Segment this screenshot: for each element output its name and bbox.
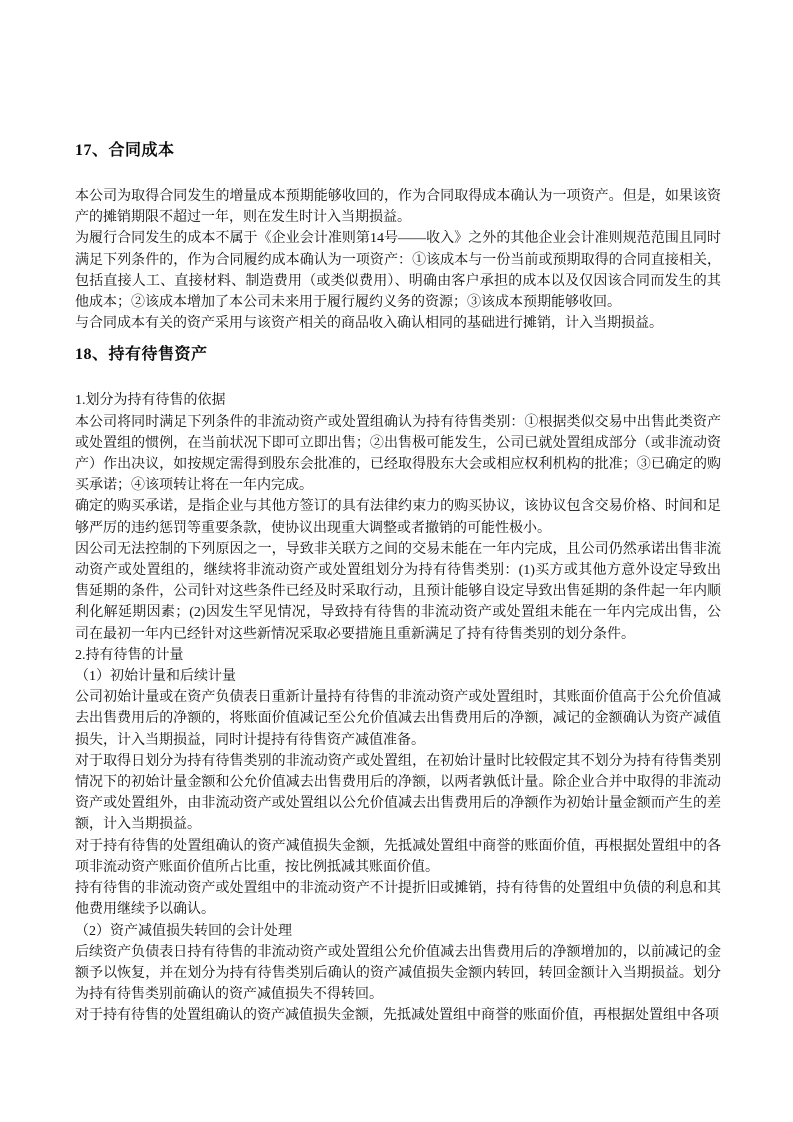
paragraph: 因公司无法控制的下列原因之一，导致非关联方之间的交易未能在一年内完成，且公司仍然… xyxy=(75,539,721,645)
document-page: 17、合同成本 本公司为取得合同发生的增量成本预期能够收回的，作为合同取得成本确… xyxy=(0,0,793,1122)
paragraph: 对于持有待售的处置组确认的资产减值损失金额，先抵减处置组中商誉的账面价值，再根据… xyxy=(75,836,721,878)
paragraph: 后续资产负债表日持有待售的非流动资产或处置组公允价值减去出售费用后的净额增加的，… xyxy=(75,942,721,1006)
paragraph: 为履行合同发生的成本不属于《企业会计准则第14号——收入》之外的其他企业会计准则… xyxy=(75,228,721,313)
section-assets-held-for-sale: 18、持有待售资产 1.划分为持有待售的依据 本公司将同时满足下列条件的非流动资… xyxy=(75,344,721,1026)
section-17-heading: 17、合同成本 xyxy=(75,140,721,162)
paragraph: 与合同成本有关的资产采用与该资产相关的商品收入确认相同的基础进行摊销，计入当期损… xyxy=(75,313,721,334)
subheading-impairment-reversal: （2）资产减值损失转回的会计处理 xyxy=(75,921,721,942)
paragraph: 确定的购买承诺，是指企业与其他方签订的具有法律约束力的购买协议，该协议包含交易价… xyxy=(75,496,721,538)
paragraph: 对于持有待售的处置组确认的资产减值损失金额，先抵减处置组中商誉的账面价值，再根据… xyxy=(75,1005,721,1026)
paragraph: 持有待售的非流动资产或处置组中的非流动资产不计提折旧或摊销，持有待售的处置组中负… xyxy=(75,878,721,920)
subheading-classification-basis: 1.划分为持有待售的依据 xyxy=(75,390,721,411)
subheading-measurement: 2.持有待售的计量 xyxy=(75,645,721,666)
paragraph: 本公司为取得合同发生的增量成本预期能够收回的，作为合同取得成本确认为一项资产。但… xyxy=(75,186,721,228)
paragraph: 本公司将同时满足下列条件的非流动资产或处置组确认为持有待售类别：①根据类似交易中… xyxy=(75,412,721,497)
section-18-heading: 18、持有待售资产 xyxy=(75,344,721,366)
paragraph: 对于取得日划分为持有待售类别的非流动资产或处置组，在初始计量时比较假定其不划分为… xyxy=(75,751,721,836)
paragraph: 公司初始计量或在资产负债表日重新计量持有待售的非流动资产或处置组时，其账面价值高… xyxy=(75,687,721,751)
section-contract-cost: 17、合同成本 本公司为取得合同发生的增量成本预期能够收回的，作为合同取得成本确… xyxy=(75,140,721,334)
subheading-initial-subsequent-measurement: （1）初始计量和后续计量 xyxy=(75,666,721,687)
